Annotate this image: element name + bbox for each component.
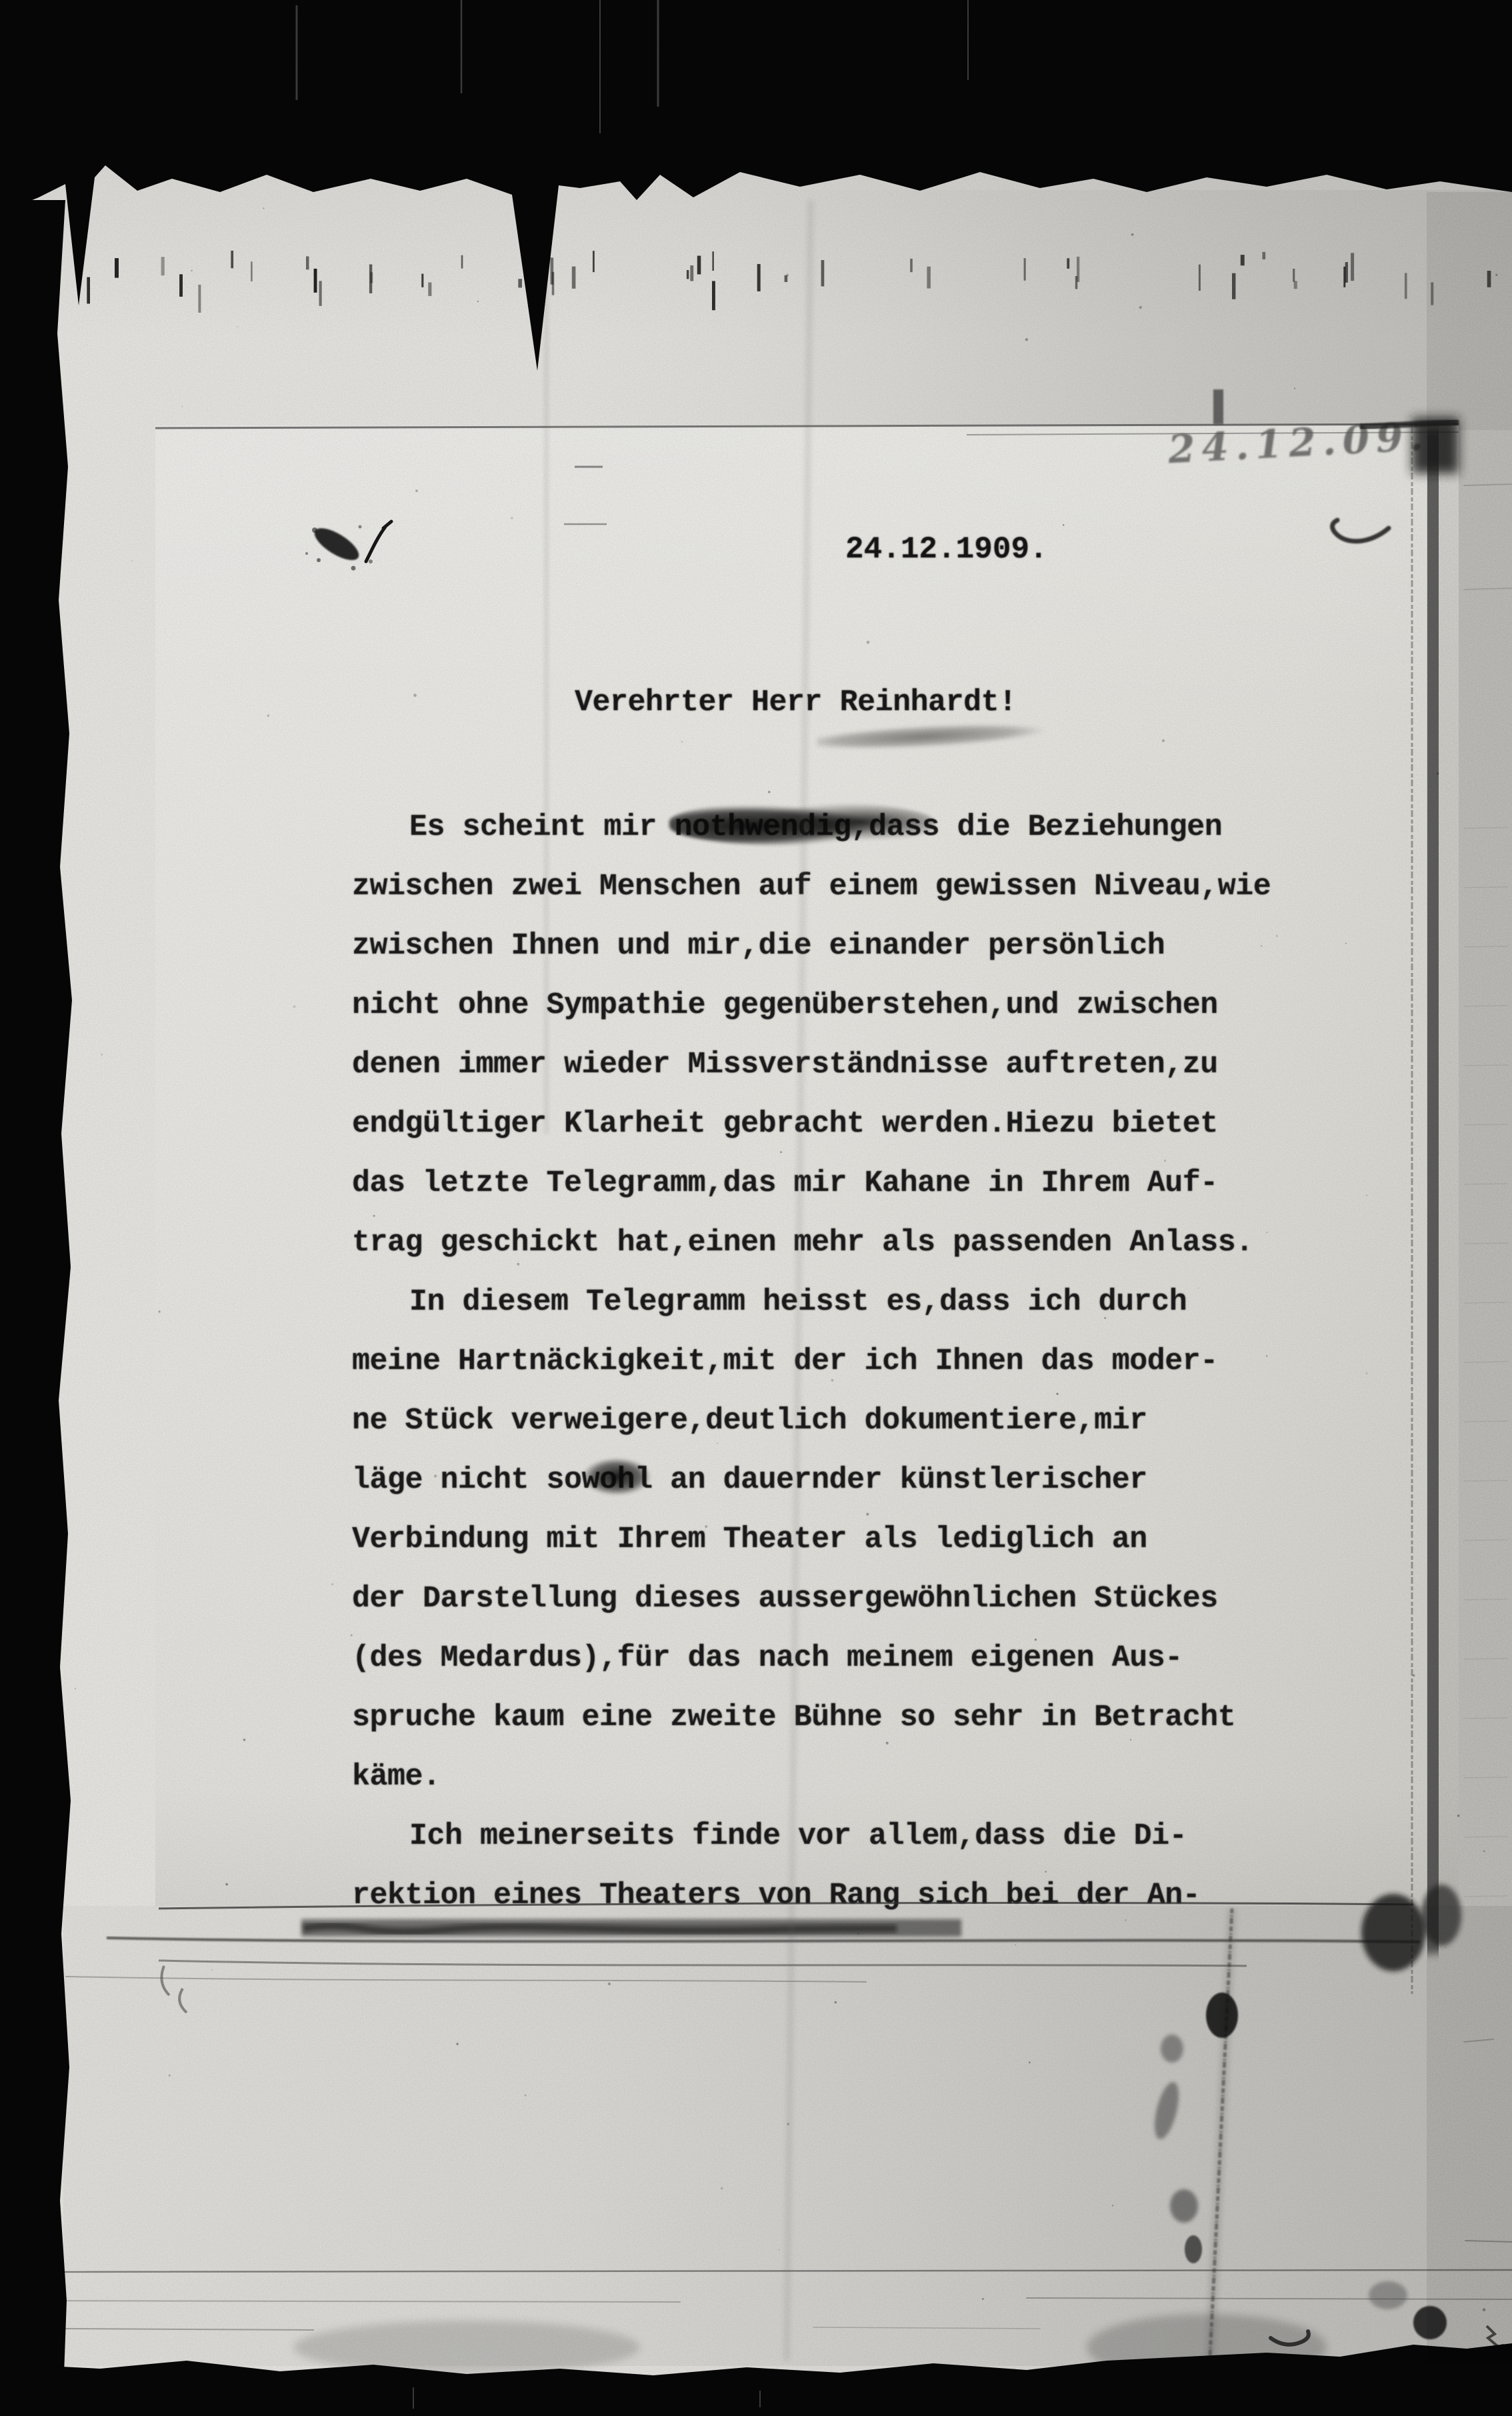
- microfilm-scan-frame: 24.12.1909. Verehrter Herr Reinhardt! Es…: [0, 0, 1512, 2416]
- film-grain: [0, 0, 1512, 2416]
- film-artifacts-layer: [0, 0, 1512, 2416]
